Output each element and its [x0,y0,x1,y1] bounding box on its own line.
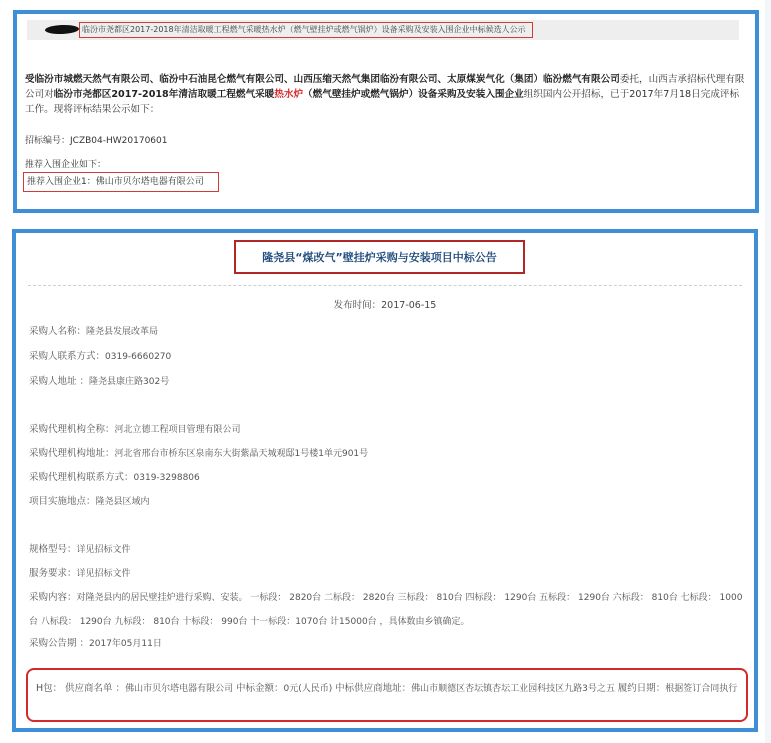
announcement-intro: 受临汾市城燃天然气有限公司、临汾中石油昆仑燃气有限公司、山西压缩天然气集团临汾有… [25,72,745,117]
announcement-title-box: 隆尧县“煤改气”壁挂炉采购与安装项目中标公告 [234,240,525,274]
field-label: 采购人联系方式： [29,351,105,362]
recommended-label: 推荐入围企业1： [27,177,96,187]
field-value: 河北省邢台市桥东区泉南东大街紫晶天城观邸1号楼1单元901号 [115,449,369,459]
recommended-company-box: 推荐入围企业1：佛山市贝尔塔电器有限公司 [23,172,219,192]
field-value: 详见招标文件 [77,569,131,579]
intro-project-rest: （燃气壁挂炉或燃气锅炉）设备采购及安装入围企业 [303,89,524,100]
supplier-value: 佛山市贝尔塔电器有限公司 [125,684,233,694]
date-label: 履约日期： [618,683,666,694]
publish-time: 发布时间：2017-06-15 [16,297,754,311]
field-location: 项目实施地点：隆尧县区域内 [29,493,150,507]
intro-clients: 受临汾市城燃天然气有限公司、临汾中石油昆仑燃气有限公司、山西压缩天然气集团临汾有… [25,74,620,85]
field-notice-period: 采购公告期 ：2017年05月11日 [29,635,162,649]
field-label: 采购人名称： [29,326,86,337]
field-service-requirements: 服务要求：详见招标文件 [29,565,131,579]
field-label: 项目实施地点： [29,496,96,507]
field-label: 服务要求： [29,568,77,579]
announcement-header-bar: 临汾市尧都区2017-2018年清洁取暖工程燃气采暖热水炉（燃气壁挂炉或燃气锅炉… [27,20,739,40]
award-result-box: H包： 供应商名单 ：佛山市贝尔塔电器有限公司 中标金额：0元(人民币) 中标供… [26,668,748,722]
field-purchaser-name: 采购人名称：隆尧县发展改革局 [29,323,158,337]
content-label: 采购内容： [29,592,77,603]
address-label: 中标供应商地址： [335,683,411,694]
field-specifications: 规格型号：详见招标文件 [29,541,131,555]
bid-number: 招标编号：JCZB04-HW20170601 [25,133,167,146]
field-value: 详见招标文件 [77,545,131,555]
divider [28,285,742,286]
package-label: H包： [36,683,62,694]
field-label: 采购代理机构联系方式： [29,472,134,483]
field-purchaser-address: 采购人地址 ：隆尧县康庄路302号 [29,373,169,387]
field-value: 河北立德工程项目管理有限公司 [115,425,241,435]
publish-time-label: 发布时间： [334,300,382,311]
field-label: 采购公告期 ： [29,638,89,649]
supplier-label: 供应商名单 ： [65,683,125,694]
field-purchaser-contact: 采购人联系方式：0319-6660270 [29,348,171,362]
field-agency-name: 采购代理机构全称：河北立德工程项目管理有限公司 [29,421,241,435]
field-value: 隆尧县发展改革局 [86,327,158,337]
publish-time-value: 2017-06-15 [381,300,436,311]
announcement-panel-1: 临汾市尧都区2017-2018年清洁取暖工程燃气采暖热水炉（燃气壁挂炉或燃气锅炉… [13,10,759,213]
amount-label: 中标金额： [236,683,284,694]
field-value: 隆尧县康庄路302号 [89,377,169,387]
field-label: 采购代理机构全称： [29,424,115,435]
amount-value: 0元(人民币) [283,684,332,694]
announcement-title: 隆尧县“煤改气”壁挂炉采购与安装项目中标公告 [262,249,496,265]
field-value: 隆尧县区域内 [96,497,150,507]
field-label: 采购代理机构地址： [29,448,115,459]
bid-number-label: 招标编号： [25,136,70,146]
procurement-content: 采购内容：对隆尧县内的居民壁挂炉进行采购、安装。 一标段： 2820台 二标段：… [29,586,744,634]
field-agency-address: 采购代理机构地址：河北省邢台市桥东区泉南东大街紫晶天城观邸1号楼1单元901号 [29,445,368,459]
bid-number-value: JCZB04-HW20170601 [70,136,167,146]
recommended-heading: 推荐入围企业如下： [25,157,106,170]
field-value: 0319-6660270 [105,352,171,362]
recommended-company: 佛山市贝尔塔电器有限公司 [96,177,204,187]
field-label: 规格型号： [29,544,77,555]
content-value: 对隆尧县内的居民壁挂炉进行采购、安装。 一标段： 2820台 二标段： 2820… [29,593,742,627]
date-value: 根据签订合同执行 [665,684,737,694]
field-agency-contact: 采购代理机构联系方式：0319-3298806 [29,469,200,483]
address-value: 佛山市顺德区杏坛镇杏坛工业园科技区九路3号之五 [411,684,615,694]
announcement-title-link[interactable]: 临汾市尧都区2017-2018年清洁取暖工程燃气采暖热水炉（燃气壁挂炉或燃气锅炉… [79,22,533,38]
intro-project: 临汾市尧都区2017-2018年清洁取暖工程燃气采暖 [54,89,274,100]
announcement-panel-2: 隆尧县“煤改气”壁挂炉采购与安装项目中标公告 发布时间：2017-06-15 采… [12,229,758,732]
field-value: 0319-3298806 [134,473,200,483]
field-value: 2017年05月11日 [89,639,162,649]
field-label: 采购人地址 ： [29,376,89,387]
page-edge [765,0,771,743]
announcement-title: 临汾市尧都区2017-2018年清洁取暖工程燃气采暖热水炉（燃气壁挂炉或燃气锅炉… [82,25,526,34]
redacted-mark [45,24,79,34]
intro-highlight: 热水炉 [274,89,303,100]
